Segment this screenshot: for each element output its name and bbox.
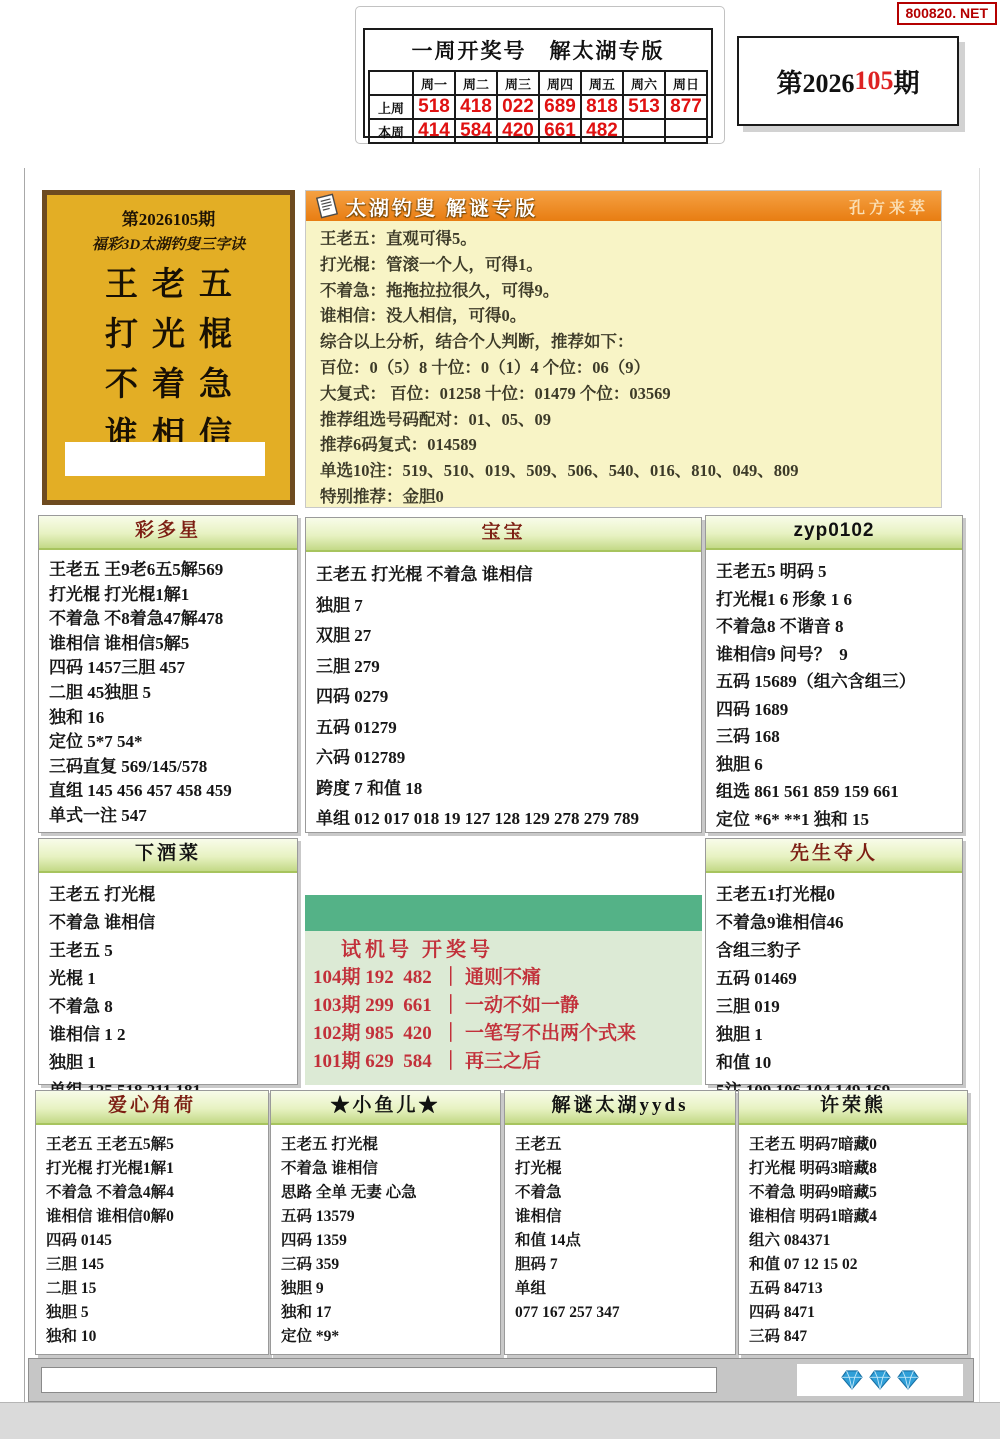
panel-line: 谁相信 — [515, 1205, 725, 1229]
panel-line: 不着急 谁相信 — [281, 1157, 490, 1181]
weekly-number-cell: 513 — [623, 95, 665, 119]
panel-line: 打光棍1 6 形象 1 6 — [716, 586, 952, 614]
panel-line: 推荐6码复式：014589 — [320, 432, 927, 458]
machine-row: 104期 192 482 ｜ 通则不痛 — [313, 964, 702, 992]
panel-line: 独胆 7 — [316, 591, 691, 622]
panel-line: 不着急8 不谐音 8 — [716, 613, 952, 641]
panel-baobao: 宝宝 王老五 打光棍 不着急 谁相信独胆 7双胆 27三胆 279四码 0279… — [305, 517, 702, 833]
gold-verse: 王老五打光棍不着急谁相信 — [47, 260, 290, 460]
weekly-day-header: 周日 — [665, 71, 707, 95]
panel-line: 独和 16 — [49, 706, 287, 731]
panel-xiaoyuer-body: 王老五 打光棍不着急 谁相信思路 全单 无妻 心急五码 13579四码 1359… — [271, 1125, 500, 1349]
panel-line: 王老五：直观可得5。 — [320, 226, 927, 252]
panel-line: 大复式： 百位：01258 十位：01479 个位：03569 — [320, 381, 927, 407]
weekly-number-cell: 661 — [539, 119, 581, 143]
panel-line: 五码 15689（组六含组三） — [716, 668, 952, 696]
panel-line: 独胆 1 — [716, 1021, 952, 1049]
machine-panel-top-band — [305, 895, 702, 931]
panel-line: 二胆 15 — [46, 1277, 258, 1301]
panel-line: 四码 1359 — [281, 1229, 490, 1253]
panel-line: 光棍 1 — [49, 965, 287, 993]
panel-line: 单选10注：519、510、019、509、506、540、016、810、04… — [320, 458, 927, 484]
panel-line: 王老五 打光棍 不着急 谁相信 — [316, 560, 691, 591]
machine-row: 103期 299 661 ｜ 一动不如一静 — [313, 992, 702, 1020]
panel-line: 和值 07 12 15 02 — [749, 1253, 957, 1277]
panel-line: 和值 10 — [716, 1049, 952, 1077]
panel-line: 单组 — [515, 1277, 725, 1301]
issue-number: 105 — [855, 66, 894, 96]
panel-line: 不着急 — [515, 1181, 725, 1205]
panel-line: 三码直复 569/145/578 — [49, 755, 287, 780]
weekly-number-cell: 418 — [455, 95, 497, 119]
panel-zyp0102-title: zyp0102 — [706, 516, 962, 550]
panel-line: 不着急 明码9暗藏5 — [749, 1181, 957, 1205]
bottom-strip — [0, 1402, 1000, 1439]
diamond-icon — [897, 1370, 919, 1390]
panel-line: 二胆 45独胆 5 — [49, 681, 287, 706]
panel-line: 不着急 谁相信 — [49, 909, 287, 937]
panel-aixin-body: 王老五 王老五5解5打光棍 打光棍1解1不着急 不着急4解4谁相信 谁相信0解0… — [36, 1125, 268, 1349]
panel-baobao-body: 王老五 打光棍 不着急 谁相信独胆 7双胆 27三胆 279四码 0279五码 … — [306, 552, 701, 835]
panel-xiajiucai-title: 下酒菜 — [39, 839, 297, 873]
weekly-day-header: 周四 — [539, 71, 581, 95]
panel-line: 推荐组选号码配对：01、05、09 — [320, 407, 927, 433]
panel-line: 四码 1457三胆 457 — [49, 656, 287, 681]
panel-line: 组选 861 561 859 159 661 — [716, 778, 952, 806]
panel-caiduoxing-body: 王老五 王9老6五5解569打光棍 打光棍1解1不着急 不8着急47解478谁相… — [39, 550, 297, 829]
panel-line: 五码 84713 — [749, 1277, 957, 1301]
panel-jiemi-title: 解谜太湖yyds — [505, 1091, 735, 1125]
panel-line: 定位 5*7 54* — [49, 730, 287, 755]
panel-line: 谁相信9 问号？ 9 — [716, 641, 952, 669]
machine-panel-body: 试机号 开奖号 104期 192 482 ｜ 通则不痛103期 299 661 … — [305, 931, 702, 1085]
panel-line: 王老五 打光棍 — [281, 1133, 490, 1157]
panel-xurongxiong-body: 王老五 明码7暗藏0打光棍 明码3暗藏8不着急 明码9暗藏5谁相信 明码1暗藏4… — [739, 1125, 967, 1349]
weekly-day-header: 周六 — [623, 71, 665, 95]
panel-line: 双胆 27 — [316, 621, 691, 652]
panel-line: 跨度 7 和值 18 — [316, 774, 691, 805]
panel-line: 五码 01469 — [716, 965, 952, 993]
panel-line: 不着急9谁相信46 — [716, 909, 952, 937]
panel-line: 王老五 明码7暗藏0 — [749, 1133, 957, 1157]
panel-line: 和值 14点 — [515, 1229, 725, 1253]
panel-line: 打光棍 — [47, 310, 290, 360]
issue-prefix: 第2026 — [776, 63, 854, 100]
machine-numbers-panel: 试机号 开奖号 104期 192 482 ｜ 通则不痛103期 299 661 … — [305, 895, 702, 1085]
panel-line: 王老五1打光棍0 — [716, 881, 952, 909]
weekly-day-header: 周一 — [413, 71, 455, 95]
panel-line: 谁相信：没人相信，可得0。 — [320, 303, 927, 329]
panel-line: 胆码 7 — [515, 1253, 725, 1277]
weekly-number-cell: 689 — [539, 95, 581, 119]
panel-line: 单式一注 547 — [49, 804, 287, 829]
gold-verse-box: 第2026105期 福彩3D太湖钓叟三字诀 王老五打光棍不着急谁相信 — [42, 190, 295, 505]
panel-line: 特别推荐：金胆0 — [320, 484, 927, 510]
main-solve-panel: 太湖钓叟 解谜专版 孔方来萃 王老五：直观可得5。打光棍：管滚一个人，可得1。不… — [305, 190, 942, 508]
main-panel-title: 太湖钓叟 解谜专版 — [346, 192, 538, 221]
weekly-number-cell: 414 — [413, 119, 455, 143]
panel-line: 077 167 257 347 — [515, 1301, 725, 1325]
weekly-day-header: 周三 — [497, 71, 539, 95]
weekly-day-header: 周五 — [581, 71, 623, 95]
panel-line: 五码 13579 — [281, 1205, 490, 1229]
weekly-day-header: 周二 — [455, 71, 497, 95]
panel-line: 打光棍：管滚一个人，可得1。 — [320, 252, 927, 278]
comment-input[interactable] — [41, 1367, 717, 1393]
weekly-row-label: 上周 — [369, 95, 413, 119]
panel-line: 谁相信 谁相信0解0 — [46, 1205, 258, 1229]
main-panel-header: 太湖钓叟 解谜专版 孔方来萃 — [306, 191, 941, 221]
panel-line: 谁相信 明码1暗藏4 — [749, 1205, 957, 1229]
weekly-row: 上周518418022689818513877 — [369, 95, 707, 119]
main-panel-body: 王老五：直观可得5。打光棍：管滚一个人，可得1。不着急：拖拖拉拉很久，可得9。谁… — [306, 221, 941, 510]
panel-line: 单组 012 017 018 19 127 128 129 278 279 78… — [316, 804, 691, 835]
weekly-number-cell — [623, 119, 665, 143]
weekly-table: 周一周二周三周四周五周六周日上周518418022689818513877本周4… — [368, 70, 708, 144]
panel-line: 谁相信 谁相信5解5 — [49, 632, 287, 657]
blank-label — [65, 442, 265, 476]
panel-xiajiucai-body: 王老五 打光棍不着急 谁相信王老五 5光棍 1不着急 8谁相信 1 2独胆 1单… — [39, 873, 297, 1105]
panel-zyp0102: zyp0102 王老五5 明码 5打光棍1 6 形象 1 6不着急8 不谐音 8… — [705, 515, 963, 833]
panel-line: 王老五 打光棍 — [49, 881, 287, 909]
diamond-icon — [841, 1370, 863, 1390]
panel-baobao-title: 宝宝 — [306, 518, 701, 552]
panel-line: 王老五 — [515, 1133, 725, 1157]
weekly-number-cell: 482 — [581, 119, 623, 143]
panel-xiansheng-body: 王老五1打光棍0不着急9谁相信46含组三豹子五码 01469三胆 019独胆 1… — [706, 873, 962, 1105]
panel-line: 百位：0（5）8 十位：0（1）4 个位：06（9） — [320, 355, 927, 381]
panel-xurongxiong-title: 许荣熊 — [739, 1091, 967, 1125]
machine-row: 102期 985 420 ｜ 一笔写不出两个式来 — [313, 1020, 702, 1048]
gold-issue: 第2026105期 — [47, 205, 290, 230]
panel-line: 独胆 1 — [49, 1049, 287, 1077]
panel-line: 四码 0145 — [46, 1229, 258, 1253]
panel-line: 独胆 9 — [281, 1277, 490, 1301]
panel-jiemi-body: 王老五打光棍不着急谁相信和值 14点胆码 7单组077 167 257 347 — [505, 1125, 735, 1325]
panel-line: 思路 全单 无妻 心急 — [281, 1181, 490, 1205]
newspaper-icon — [314, 193, 340, 219]
panel-line: 独胆 6 — [716, 751, 952, 779]
weekly-title: 一周开奖号 解太湖专版 — [365, 30, 711, 65]
panel-line: 三胆 145 — [46, 1253, 258, 1277]
gold-subtitle: 福彩3D太湖钓叟三字诀 — [47, 233, 290, 254]
panel-caiduoxing-title: 彩多星 — [39, 516, 297, 550]
panel-xiansheng-title: 先生夺人 — [706, 839, 962, 873]
panel-line: 含组三豹子 — [716, 937, 952, 965]
panel-line: 王老五 王老五5解5 — [46, 1133, 258, 1157]
panel-line: 不着急 不着急4解4 — [46, 1181, 258, 1205]
panel-line: 四码 8471 — [749, 1301, 957, 1325]
panel-line: 独和 10 — [46, 1325, 258, 1349]
panel-line: 五码 01279 — [316, 713, 691, 744]
main-panel-corner-label: 孔方来萃 — [849, 195, 929, 218]
panel-line: 王老五 — [47, 260, 290, 310]
weekly-number-cell: 584 — [455, 119, 497, 143]
panel-line: 三码 359 — [281, 1253, 490, 1277]
machine-row: 101期 629 584 ｜ 再三之后 — [313, 1048, 702, 1076]
panel-line: 王老五 5 — [49, 937, 287, 965]
panel-line: 王老五5 明码 5 — [716, 558, 952, 586]
weekly-number-cell: 022 — [497, 95, 539, 119]
panel-aixin-title: 爱心角荷 — [36, 1091, 268, 1125]
panel-line: 不着急：拖拖拉拉很久，可得9。 — [320, 278, 927, 304]
machine-rows: 104期 192 482 ｜ 通则不痛103期 299 661 ｜ 一动不如一静… — [313, 964, 702, 1076]
panel-line: 不着急 不8着急47解478 — [49, 607, 287, 632]
panel-xiaoyuer: ★小鱼儿★ 王老五 打光棍不着急 谁相信思路 全单 无妻 心急五码 13579四… — [270, 1090, 501, 1355]
panel-line: 打光棍 明码3暗藏8 — [749, 1157, 957, 1181]
panel-line: 王老五 王9老6五5解569 — [49, 558, 287, 583]
issue-box: 第2026105期 — [737, 36, 959, 126]
panel-zyp0102-body: 王老五5 明码 5打光棍1 6 形象 1 6不着急8 不谐音 8谁相信9 问号？… — [706, 550, 962, 833]
weekly-row: 本周414584420661482 — [369, 119, 707, 143]
panel-line: 打光棍 — [515, 1157, 725, 1181]
panel-aixin: 爱心角荷 王老五 王老五5解5打光棍 打光棍1解1不着急 不着急4解4谁相信 谁… — [35, 1090, 269, 1355]
diamond-badge[interactable] — [797, 1364, 963, 1396]
panel-line: 直组 145 456 457 458 459 — [49, 779, 287, 804]
panel-line: 定位 *9* — [281, 1325, 490, 1349]
panel-line: 综合以上分析，结合个人判断，推荐如下： — [320, 329, 927, 355]
weekly-number-cell: 877 — [665, 95, 707, 119]
panel-line: 组六 084371 — [749, 1229, 957, 1253]
weekly-row-label: 本周 — [369, 119, 413, 143]
panel-line: 六码 012789 — [316, 743, 691, 774]
panel-line: 不着急 8 — [49, 993, 287, 1021]
panel-line: 三胆 019 — [716, 993, 952, 1021]
panel-line: 独和 17 — [281, 1301, 490, 1325]
panel-line: 独胆 5 — [46, 1301, 258, 1325]
panel-xurongxiong: 许荣熊 王老五 明码7暗藏0打光棍 明码3暗藏8不着急 明码9暗藏5谁相信 明码… — [738, 1090, 968, 1355]
panel-jiemi: 解谜太湖yyds 王老五打光棍不着急谁相信和值 14点胆码 7单组077 167… — [504, 1090, 736, 1355]
footer-bar — [28, 1358, 974, 1402]
weekly-number-cell: 818 — [581, 95, 623, 119]
panel-line: 三码 168 — [716, 723, 952, 751]
panel-line: 不着急 — [47, 360, 290, 410]
panel-line: 定位 *6* **1 独和 15 — [716, 806, 952, 834]
panel-caiduoxing: 彩多星 王老五 王9老6五5解569打光棍 打光棍1解1不着急 不8着急47解4… — [38, 515, 298, 833]
panel-line: 打光棍 打光棍1解1 — [49, 583, 287, 608]
panel-xiaoyuer-title: ★小鱼儿★ — [271, 1091, 500, 1125]
weekly-draws-box: 一周开奖号 解太湖专版 周一周二周三周四周五周六周日上周518418022689… — [363, 28, 713, 138]
panel-line: 三胆 279 — [316, 652, 691, 683]
panel-line: 打光棍 打光棍1解1 — [46, 1157, 258, 1181]
panel-line: 四码 0279 — [316, 682, 691, 713]
weekly-number-cell: 420 — [497, 119, 539, 143]
issue-suffix: 期 — [894, 63, 920, 100]
site-badge: 800820. NET — [897, 2, 998, 25]
panel-xiansheng: 先生夺人 王老五1打光棍0不着急9谁相信46含组三豹子五码 01469三胆 01… — [705, 838, 963, 1085]
panel-line: 谁相信 1 2 — [49, 1021, 287, 1049]
machine-panel-title: 试机号 开奖号 — [313, 936, 702, 964]
panel-line: 三码 847 — [749, 1325, 957, 1349]
panel-line: 四码 1689 — [716, 696, 952, 724]
weekly-corner-cell — [369, 71, 413, 95]
panel-xiajiucai: 下酒菜 王老五 打光棍不着急 谁相信王老五 5光棍 1不着急 8谁相信 1 2独… — [38, 838, 298, 1085]
diamond-icon — [869, 1370, 891, 1390]
weekly-number-cell: 518 — [413, 95, 455, 119]
weekly-number-cell — [665, 119, 707, 143]
